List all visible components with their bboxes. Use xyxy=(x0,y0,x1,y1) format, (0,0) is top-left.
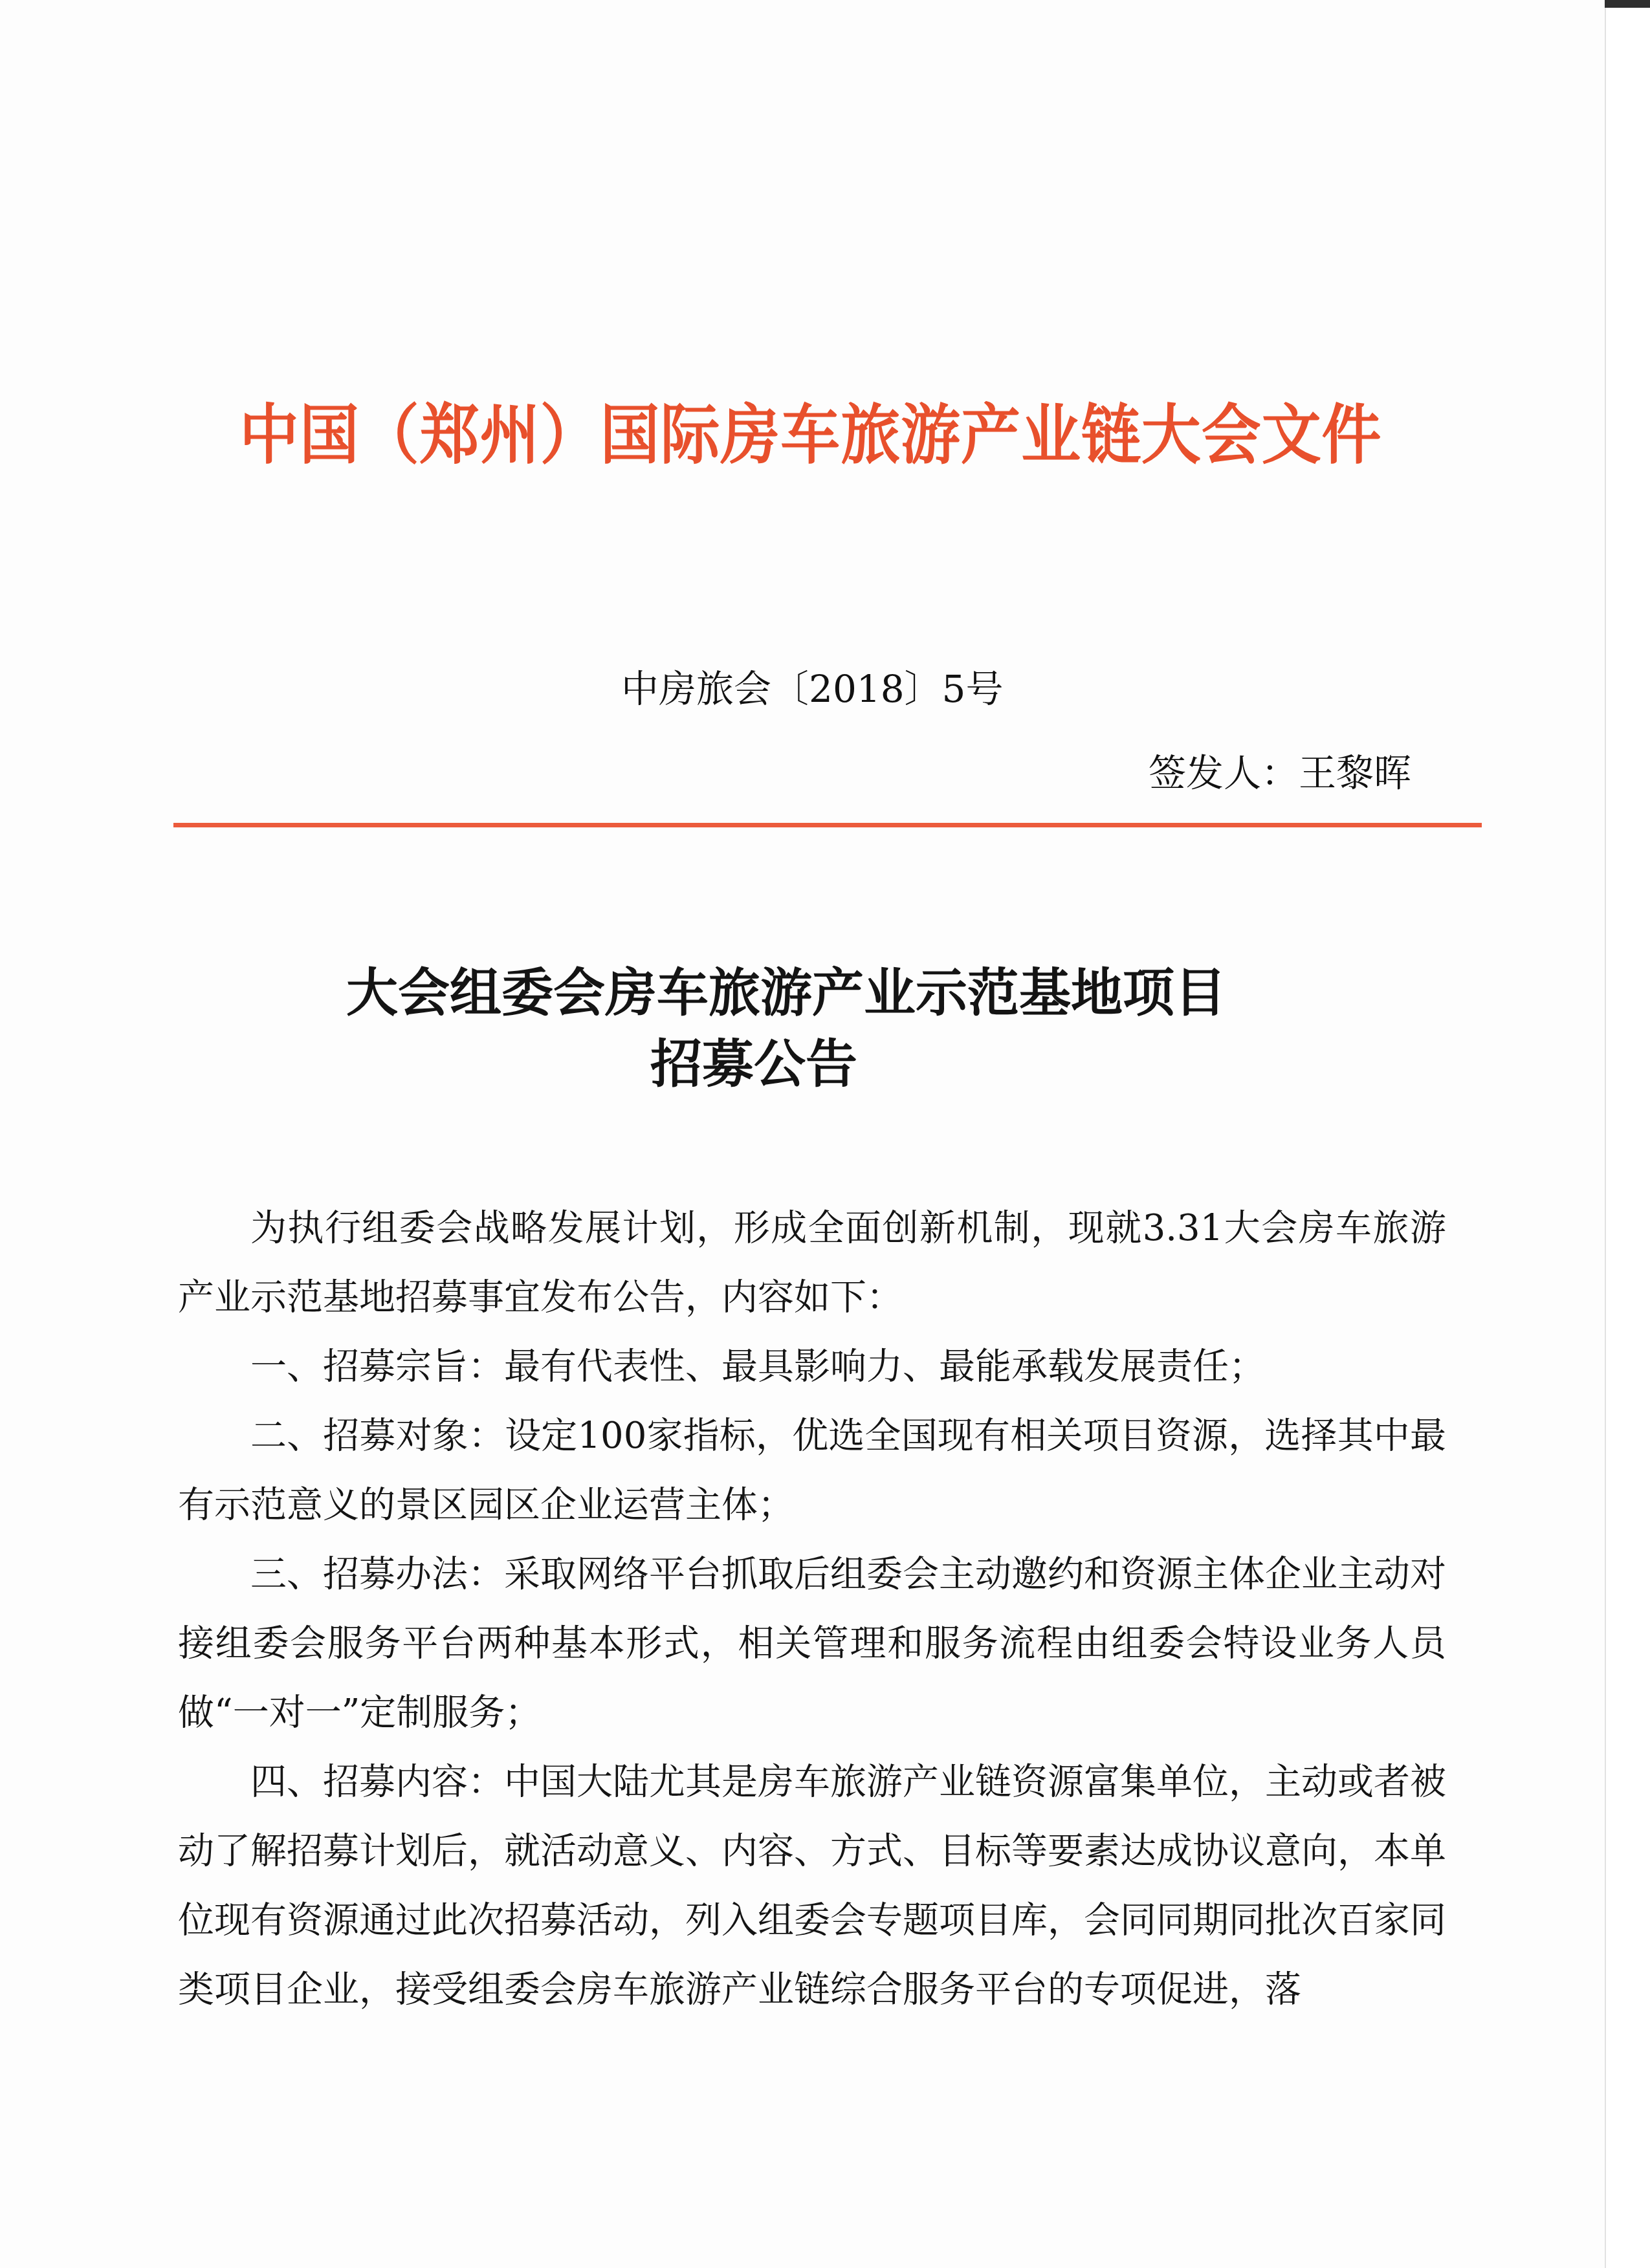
section-targets: 二、招募对象：设定100家指标，优选全国现有相关项目资源，选择其中最有示范意义的… xyxy=(178,1401,1446,1540)
document-number: 中房旅会〔2018〕5号 xyxy=(621,663,1004,715)
issuer-title: 中国（郑州）国际房车旅游产业链大会文件 xyxy=(239,393,1352,477)
scan-margin xyxy=(1606,0,1650,2268)
intro-paragraph: 为执行组委会战略发展计划，形成全面创新机制，现就3.31大会房车旅游产业示范基地… xyxy=(178,1194,1446,1332)
page-edge xyxy=(1605,0,1606,2268)
signer-label: 签发人： xyxy=(1149,751,1299,795)
scan-corner-shadow xyxy=(1605,0,1650,8)
signer-line: 签发人：王黎晖 xyxy=(1149,747,1411,799)
section-methods: 三、招募办法：采取网络平台抓取后组委会主动邀约和资源主体企业主动对接组委会服务平… xyxy=(178,1540,1446,1747)
red-divider-rule xyxy=(173,823,1482,827)
document-title-line-1: 大会组委会房车旅游产业示范基地项目 xyxy=(0,957,1611,1029)
document-title-line-2: 招募公告 xyxy=(0,1029,1579,1100)
signer-name: 王黎晖 xyxy=(1299,751,1411,795)
section-content: 四、招募内容：中国大陆尤其是房车旅游产业链资源富集单位，主动或者被动了解招募计划… xyxy=(178,1747,1446,2024)
document-body: 为执行组委会战略发展计划，形成全面创新机制，现就3.31大会房车旅游产业示范基地… xyxy=(178,1194,1446,2024)
section-purpose: 一、招募宗旨：最有代表性、最具影响力、最能承载发展责任； xyxy=(178,1332,1446,1401)
